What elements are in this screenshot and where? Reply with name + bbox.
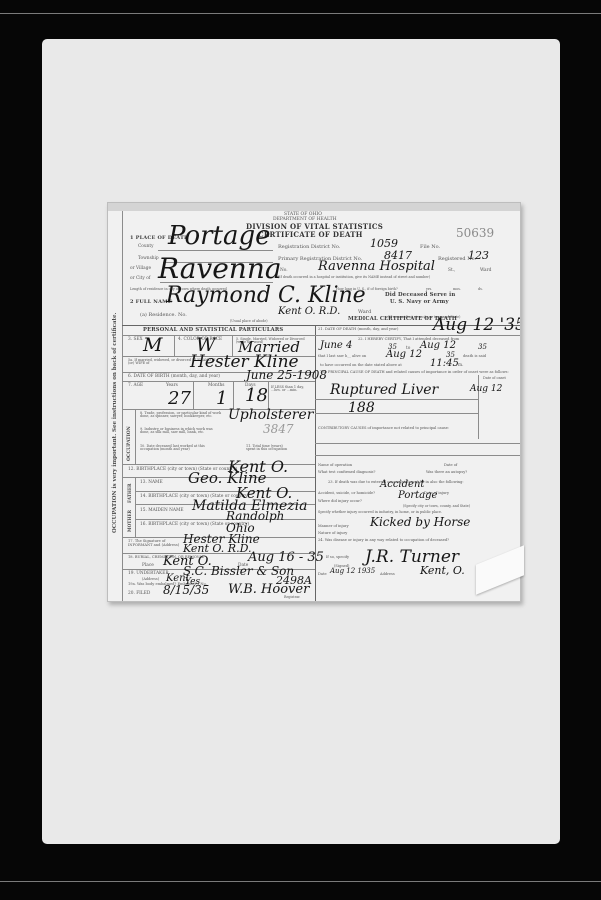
age-months-value: 1	[216, 390, 227, 408]
age-label: 7. AGE	[128, 384, 143, 388]
death-certificate: OCCUPATION is very important. See instru…	[107, 202, 521, 602]
rule	[174, 335, 175, 356]
occurred-at-label: to have occurred on the date stated abov…	[320, 364, 402, 368]
navy-army-label-1: Did Deceased Serve in	[385, 293, 455, 298]
residence-label: (a) Residence.	[140, 313, 176, 318]
onset-value: Aug 12	[470, 385, 502, 394]
reg-district-label: Registration District No.	[278, 245, 340, 250]
county-label: County	[138, 245, 154, 249]
mother-maiden-label: 15. MAIDEN NAME	[140, 509, 184, 513]
residence-no-label: No.	[178, 313, 187, 318]
code-mark: 3847	[263, 423, 294, 435]
hospital-note: (If death occurred in a hospital or inst…	[278, 276, 430, 279]
last-worked-label: 10. Date deceased last worked at this oc…	[140, 445, 222, 452]
father-name-label: 13. NAME	[140, 481, 163, 485]
reg-district-value: 1059	[370, 238, 398, 249]
top-band	[108, 203, 520, 211]
sex-label: 3. SEX	[128, 338, 143, 342]
county-value: Portage	[168, 223, 271, 249]
attended-to-value: Aug 12	[420, 341, 456, 351]
nature-label: Nature of injury	[318, 532, 347, 536]
trade-value: Upholsterer	[228, 408, 313, 422]
ward-label: Ward	[480, 269, 491, 273]
mos-label: mos.	[453, 288, 461, 291]
no-label: No.	[280, 269, 288, 273]
age-days-value: 18	[245, 387, 268, 405]
date-onset-label: Date of onset	[483, 377, 506, 380]
ds-label: ds.	[478, 288, 483, 291]
undertaker-address-label: (Address)	[142, 578, 159, 582]
sex-value: M	[143, 336, 162, 355]
contributory-label: CONTRIBUTORY CAUSES of importance not re…	[318, 427, 468, 431]
city-value: Ravenna	[158, 255, 282, 283]
where-injury-label: Where did injury occur?	[318, 500, 362, 504]
rule	[135, 409, 136, 464]
ward-label-2: Ward	[358, 310, 371, 315]
rule	[135, 477, 136, 537]
filed-label: 20. FILED	[128, 592, 150, 596]
side-divider	[122, 211, 123, 601]
manner-label: Manner of injury	[318, 525, 349, 529]
rule	[315, 335, 520, 336]
rule	[315, 399, 478, 400]
date-of-death-label: 21. DATE OF DEATH (month, day, and year)	[318, 328, 398, 332]
usual-place-label: (Usual place of abode)	[230, 320, 268, 323]
related-occupation-label: 24. Was disease or injury in any way rel…	[318, 539, 449, 543]
cause-value: Ruptured Liver	[330, 383, 438, 397]
rule	[315, 443, 520, 444]
manner-type-value: Accident	[380, 480, 424, 490]
last-saw-value: Aug 12	[386, 350, 422, 360]
film-edge-bottom	[0, 881, 601, 882]
st-label: St.,	[448, 269, 455, 273]
signed-date-label: Date	[318, 573, 327, 577]
date-of-death-value: Aug 12 '35	[433, 317, 521, 334]
rule	[315, 455, 520, 456]
dob-value: June 25-1908	[246, 369, 327, 381]
m-label: m.	[458, 364, 463, 368]
village-label: or Village	[130, 267, 151, 271]
signed-date-value: Aug 12 1935	[330, 568, 375, 575]
registrar-label: Registrar.	[284, 596, 300, 599]
rule	[122, 381, 315, 382]
specify-industry-label: Specify whether injury occurred in indus…	[318, 511, 442, 514]
occupation-side-note: OCCUPATION is very important. See instru…	[112, 313, 118, 533]
rule	[193, 381, 194, 409]
mother-side-label: MOTHER	[127, 510, 132, 532]
injury-place-value: Portage	[398, 491, 437, 501]
signed-address-label: Address	[380, 573, 395, 577]
age-years-value: 27	[168, 390, 191, 408]
specify-city-label: (Specify city or town, county, and State…	[403, 505, 470, 508]
full-name-value: Raymond C. Kline	[166, 285, 366, 307]
time-value: 11:45	[430, 359, 459, 369]
rule	[233, 381, 234, 409]
last-saw-label: that I last saw h__ alive on	[318, 355, 366, 359]
trade-label: 8. Trade, profession, or particular kind…	[140, 412, 222, 419]
operation-label: Name of operation	[318, 464, 352, 468]
certificate-title: CERTIFICATE OF DEATH	[258, 231, 363, 238]
if-so-label: If so, specify	[326, 556, 349, 560]
accident-suicide-label: Accident, suicide, or homicide?	[318, 492, 375, 496]
personal-header: PERSONAL AND STATISTICAL PARTICULARS	[143, 328, 283, 333]
burial-place-label: Place	[142, 564, 154, 568]
burial-date-value: Aug 16 - 35	[248, 551, 324, 564]
test-confirmed-label: What test confirmed diagnosis?	[318, 471, 375, 475]
manner-of-injury-value: Kicked by Horse	[370, 516, 470, 528]
registered-value: 123	[468, 250, 489, 261]
township-label: Township	[138, 257, 159, 261]
signed-address-value: Kent, O.	[420, 565, 465, 576]
residence-value: Kent O. R.D.	[278, 307, 340, 317]
file-no-label: File No.	[420, 245, 440, 250]
hospital-value: Ravenna Hospital	[318, 260, 435, 273]
death-said-label: death is said	[463, 355, 486, 359]
less-than-day-label: If LESS than 1 day, ...hrs. or ...min.	[271, 386, 311, 393]
file-number: 50639	[456, 227, 494, 239]
undertaker-label: 19. UNDERTAKER	[128, 572, 169, 576]
date-of-label: Date of	[444, 464, 457, 468]
informant-label: 17. The Signature of INFORMANT and (Addr…	[128, 540, 180, 547]
father-side-label: FATHER	[127, 484, 132, 504]
film-edge-top	[0, 13, 601, 14]
filed-value: 8/15/35	[163, 584, 209, 596]
rule	[268, 381, 269, 409]
occupation-side-label: OCCUPATION	[127, 426, 132, 461]
autopsy-label: Was there an autopsy?	[426, 471, 467, 475]
principal-cause-label: The PRINCIPAL CAUSE OF DEATH and related…	[320, 371, 510, 375]
industry-label: 9. Industry or business in which work wa…	[140, 428, 222, 435]
navy-army-label-2: U. S. Navy or Army	[390, 300, 449, 305]
attended-from-value: June 4	[320, 341, 352, 351]
city-label: or City of	[130, 277, 150, 281]
mother-birthplace-value: Randolph Ohio	[226, 510, 296, 534]
yrs-label: yrs.	[426, 288, 432, 291]
attended-to-year: 35	[478, 344, 487, 351]
dob-label: 6. DATE OF BIRTH (month, day, and year)	[128, 375, 220, 379]
total-time-label: 11. Total time (years) spent in this occ…	[246, 445, 291, 452]
rule	[315, 413, 478, 414]
